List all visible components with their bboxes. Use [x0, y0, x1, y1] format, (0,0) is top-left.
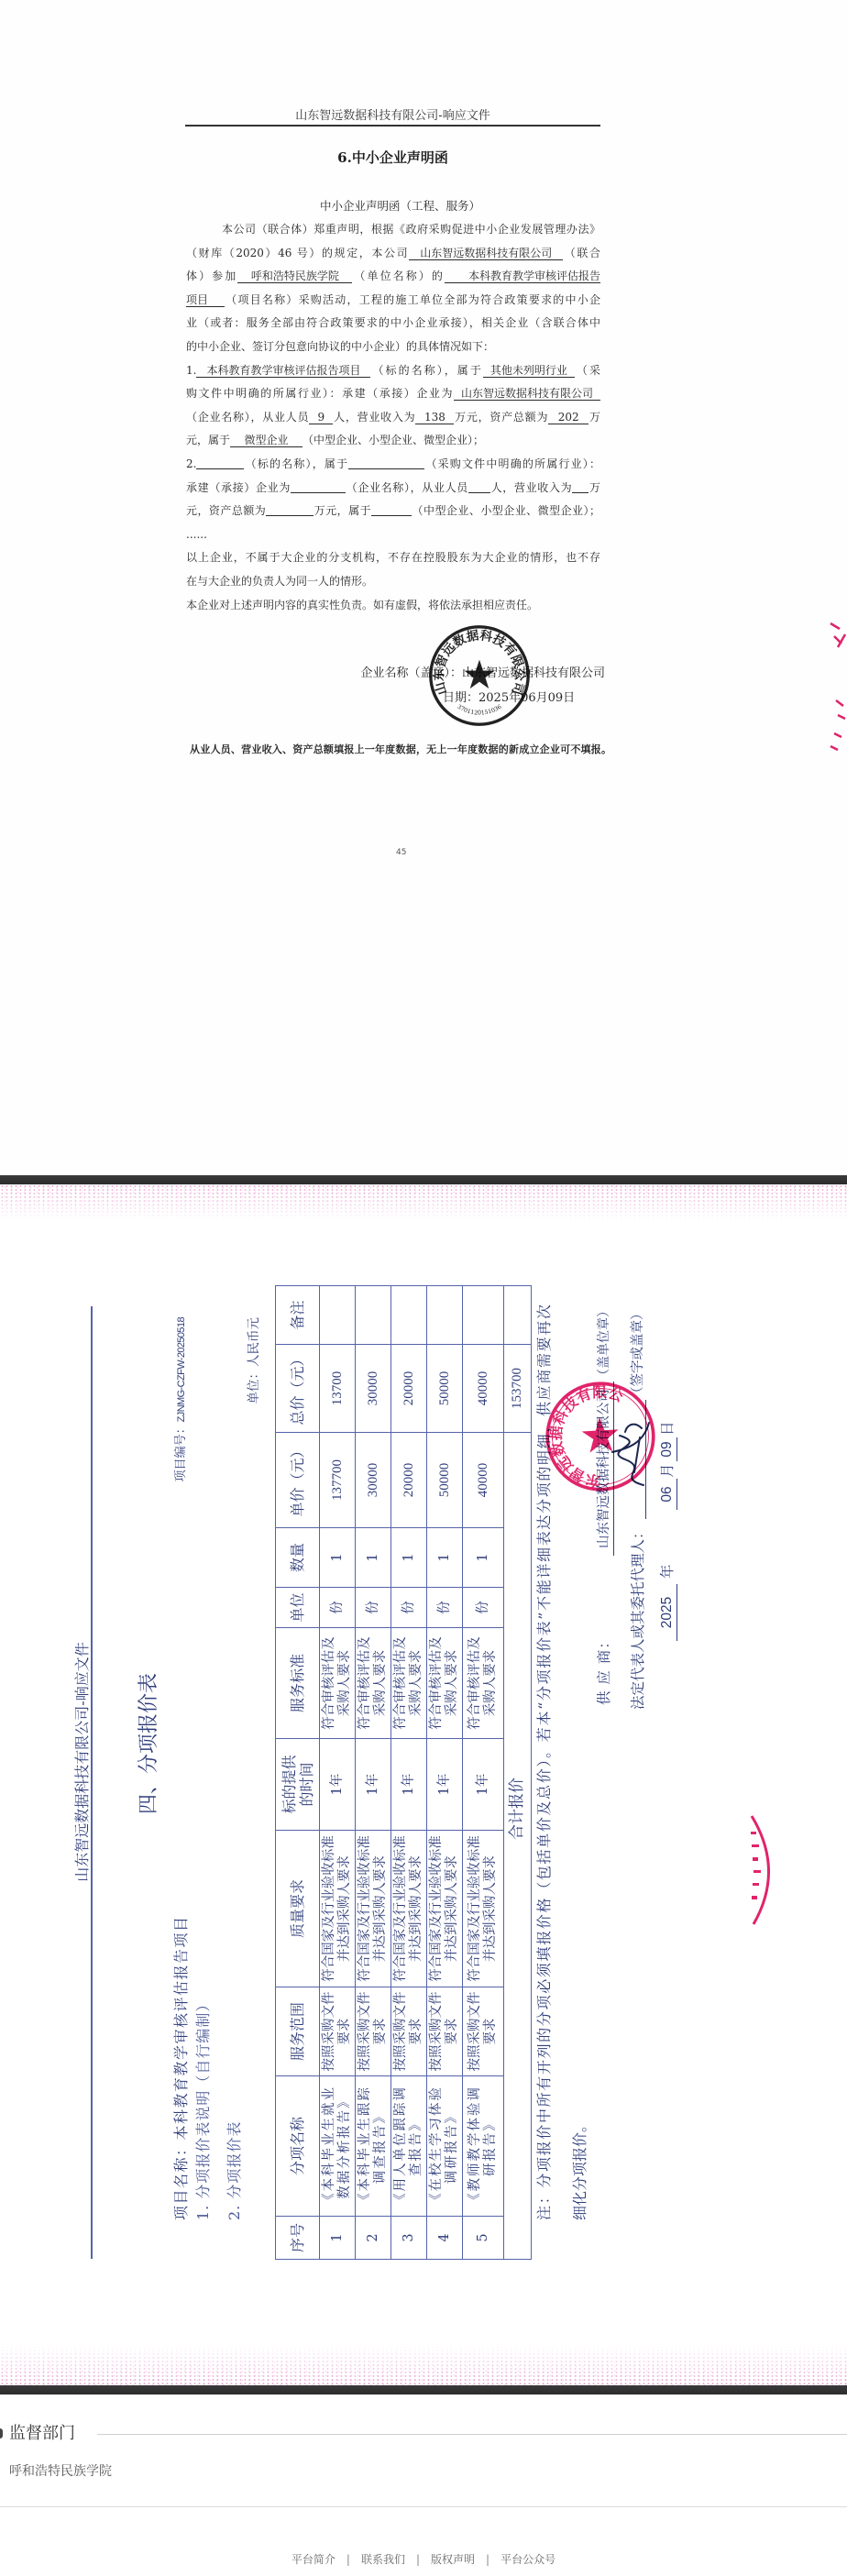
text-segment: （采购文件中明确的所属行业）： [424, 457, 600, 470]
text-segment: 元，属于 [186, 434, 230, 446]
header-rule [91, 1306, 93, 2259]
blank-field [468, 481, 490, 493]
footer-link-contact[interactable]: 联系我们 [361, 2553, 405, 2566]
declaration-line: ...... [186, 527, 600, 542]
table-row: 4《在校生学习体验调研报告》按照采购文件要求符合国家及行业验收标准并达到采购人要… [427, 1286, 463, 2260]
text-segment: （标的名称），属于 [370, 364, 482, 377]
page-separator-bar [0, 1175, 847, 1184]
project-number-label: 项目编号： [174, 1422, 188, 1481]
text-segment: （联合 [563, 247, 600, 259]
declaration-line: （企业名称），从业人员9人，营业收入为138万元，资产总额为202万 [186, 410, 600, 424]
cell-item-name: 《本科毕业生就业数据分析报告》 [320, 2076, 356, 2217]
cell-item-name: 《本科毕业生跟踪调查报告》 [356, 2076, 391, 2217]
text-segment: 业（或者：服务全部由符合政策要求的中小企业承接），相关企业（含联合体中 [186, 316, 600, 329]
cell-unit-price: 30000 [356, 1433, 391, 1528]
declaration-line: 以上企业，不属于大企业的分支机构，不存在控股股东为大企业的情形，也不存 [186, 550, 600, 565]
supervision-heading: 监督部门 [9, 2423, 75, 2445]
cell-unit-price: 137700 [320, 1433, 356, 1528]
text-segment: （企业名称），从业人员 [186, 411, 309, 424]
cell-unit: 份 [320, 1588, 356, 1628]
cell-seq: 3 [391, 2217, 427, 2260]
supplier-seal-note: （盖单位章） [595, 1305, 613, 1382]
footer-divider [0, 2506, 847, 2507]
declaration-line: 购文件中明确的所属行业）：承建（承接）企业为山东智远数据科技有限公司 [186, 386, 600, 401]
cell-qty: 1 [427, 1528, 463, 1588]
text-segment: （企业名称），从业人员 [346, 481, 468, 494]
footer-link-about[interactable]: 平台简介 [291, 2553, 335, 2566]
cell-service-std: 符合审核评估及采购人要求 [463, 1628, 504, 1739]
ellipsis: ...... [186, 528, 207, 541]
declaration-line: 元，资产总额为万元，属于（中型企业、小型企业、微型企业）； [186, 503, 600, 518]
cell-service-scope: 按照采购文件要求 [356, 1987, 391, 2076]
text-segment: 万 [588, 481, 600, 494]
text-segment: （中型企业、小型企业、微型企业）； [412, 504, 600, 517]
cell-qty: 1 [391, 1528, 427, 1588]
table-total-row: 合计报价153700 [504, 1286, 532, 2260]
date-year-unit: 年 [658, 1564, 676, 1579]
text-segment: （单位名称）的 [352, 270, 445, 282]
declaration-line: 本企业对上述声明内容的真实性负责。如有虚假，将依法承担相应责任。 [186, 598, 600, 612]
cell-qty: 1 [463, 1528, 504, 1588]
text-segment: （财库（2020）46 号）的规定，本公司 [186, 247, 409, 259]
separator: | [346, 2553, 350, 2566]
cell-remark [391, 1286, 427, 1345]
section-title: 四、分项报价表 [137, 1652, 162, 1835]
cell-total-price: 13700 [320, 1345, 356, 1433]
cell-qty: 1 [356, 1528, 391, 1588]
cell-remark [463, 1286, 504, 1345]
declaration-line: 本公司（联合体）郑重声明，根据《政府采购促进中小企业发展管理办法》 [222, 222, 600, 237]
cell-service-scope: 按照采购文件要求 [463, 1987, 504, 2076]
partial-seam-seal-icon [825, 616, 847, 754]
text-segment: 本公司（联合体）郑重声明，根据《政府采购促进中小企业发展管理办法》 [222, 223, 600, 236]
cell-unit: 份 [463, 1588, 504, 1628]
cell-unit: 份 [356, 1588, 391, 1628]
cell-delivery-time: 1年 [463, 1739, 504, 1831]
table-body: 1《本科毕业生就业数据分析报告》按照采购文件要求符合国家及行业验收标准并达到采购… [320, 1286, 532, 2260]
section-title: 6.中小企业声明函 [185, 149, 600, 167]
cell-quality-req: 符合国家及行业验收标准并达到采购人要求 [427, 1831, 463, 1987]
header-rule [185, 125, 600, 127]
cell-remark [356, 1286, 391, 1345]
declaration-line: 体）参加呼和浩特民族学院（单位名称）的本科教育教学审核评估报告 [186, 269, 600, 283]
stamp-code-text: 3701120151036 [456, 704, 502, 717]
footnote: 从业人员、营业收入、资产总额填报上一年度数据，无上一年度数据的新成立企业可不填报… [190, 743, 611, 756]
date-day: 09 [658, 1437, 677, 1461]
declaration-line: 项目（项目名称）采购活动，工程的施工单位全部为符合政策要求的中小企 [186, 292, 600, 307]
text-segment: 以上企业，不属于大企业的分支机构，不存在控股股东为大企业的情形，也不存 [186, 551, 600, 564]
blank-field [572, 481, 588, 493]
currency-unit: 单位：人民币元 [246, 1317, 262, 1404]
cell-service-scope: 按照采购文件要求 [391, 1987, 427, 2076]
cell-seq: 1 [320, 2217, 356, 2260]
description-item: 2. 分项报价表 [225, 2121, 244, 2220]
date-day-unit: 日 [658, 1421, 676, 1436]
col-header-unit-price: 单价（元） [276, 1433, 320, 1528]
cell-total-price: 40000 [463, 1345, 504, 1433]
cell-service-std: 符合审核评估及采购人要求 [320, 1628, 356, 1739]
blank-field [196, 457, 244, 469]
star-icon [464, 660, 494, 689]
col-header-unit: 单位 [276, 1588, 320, 1628]
rotated-page-content: 山东智远数据科技有限公司-响应文件 四、分项报价表 项目名称：本科教育教学审核评… [0, 1184, 847, 2385]
quotation-page: 山东智远数据科技有限公司-响应文件 四、分项报价表 项目名称：本科教育教学审核评… [0, 1184, 847, 2385]
col-header-qty: 数量 [276, 1528, 320, 1588]
project-name: 项目名称：本科教育教学审核评估报告项目 [172, 1915, 191, 2220]
filled-field-company: 山东智远数据科技有限公司 [409, 247, 563, 260]
text-segment: 万元，资产总额为 [454, 411, 548, 424]
cell-delivery-time: 1年 [427, 1739, 463, 1831]
cell-total-price: 30000 [356, 1345, 391, 1433]
section-bullet-icon [0, 2428, 3, 2438]
heading-rule [97, 2434, 847, 2435]
table-head: 序号分项名称服务范围质量要求标的提供的时间服务标准单位数量单价（元）总价（元）备… [276, 1286, 320, 2260]
cell-unit-price: 40000 [463, 1433, 504, 1528]
cell-total-price: 50000 [427, 1345, 463, 1433]
project-number-value: ZJNMG-CZFW-20250518 [176, 1317, 187, 1422]
cell-remark [504, 1286, 532, 1345]
declaration-line: 承建（承接）企业为（企业名称），从业人员人，营业收入为万 [186, 480, 600, 495]
cell-quality-req: 符合国家及行业验收标准并达到采购人要求 [463, 1831, 504, 1987]
text-segment: 1. [186, 364, 196, 377]
filled-field-project-name-cont: 项目 [186, 293, 225, 307]
cell-quality-req: 符合国家及行业验收标准并达到采购人要求 [391, 1831, 427, 1987]
col-header-quality-req: 质量要求 [276, 1831, 320, 1987]
col-header-delivery-time: 标的提供的时间 [276, 1739, 320, 1831]
blank-field [291, 481, 346, 493]
filled-field-project-name: 本科教育教学审核评估报告 [445, 270, 600, 283]
company-seal-stamp: 山东智远数据科技有限公司 3701120151036 [426, 622, 533, 729]
table-row: 3《用人单位跟踪调查报告》按照采购文件要求符合国家及行业验收标准并达到采购人要求… [391, 1286, 427, 2260]
total-amount: 153700 [504, 1345, 532, 1433]
table-row: 2《本科毕业生跟踪调查报告》按照采购文件要求符合国家及行业验收标准并达到采购人要… [356, 1286, 391, 2260]
text-segment: （采 [575, 364, 600, 377]
cell-item-name: 《教师教学体验调研报告》 [463, 2076, 504, 2217]
svg-text:3701120151036: 3701120151036 [456, 704, 502, 717]
document-header: 山东智远数据科技有限公司-响应文件 [73, 1629, 92, 1895]
filled-field-contractor: 山东智远数据科技有限公司 [454, 387, 600, 401]
cell-item-name: 《用人单位跟踪调查报告》 [391, 2076, 427, 2217]
cell-delivery-time: 1年 [320, 1739, 356, 1831]
supervision-department: 呼和浩特民族学院 [9, 2463, 112, 2480]
table-row: 1《本科毕业生就业数据分析报告》按照采购文件要求符合国家及行业验收标准并达到采购… [320, 1286, 356, 2260]
separator: | [416, 2553, 420, 2566]
form-title: 中小企业声明函（工程、服务） [192, 199, 608, 214]
filled-field-revenue: 138 [415, 411, 454, 424]
text-segment: 的中小企业、签订分包意向协议的中小企业）的具体情况如下： [186, 340, 494, 353]
col-header-item-name: 分项名称 [276, 2076, 320, 2217]
filled-field-employees: 9 [309, 411, 333, 424]
date-month: 06 [658, 1479, 677, 1510]
cell-seq: 2 [356, 2217, 391, 2260]
blank-field [266, 504, 313, 516]
project-number: 项目编号：ZJNMG-CZFW-20250518 [173, 1317, 190, 1481]
declaration-page: 山东智远数据科技有限公司-响应文件 6.中小企业声明函 中小企业声明函（工程、服… [0, 0, 847, 1175]
page-separator-bar [0, 2385, 847, 2394]
declaration-line: 在与大企业的负责人为同一人的情形。 [186, 574, 600, 589]
filled-field-total-assets: 202 [548, 411, 588, 424]
representative-label: 法定代表人或其委托代理人： [629, 1525, 647, 1710]
cell-unit-price: 50000 [427, 1433, 463, 1528]
filled-field-industry: 其他未列明行业 [483, 364, 575, 378]
cell-unit-price: 20000 [391, 1433, 427, 1528]
page-number: 45 [396, 847, 406, 858]
text-segment: 元，资产总额为 [186, 504, 266, 517]
footer-link-copyright[interactable]: 版权声明 [431, 2553, 475, 2566]
declaration-line: 业（或者：服务全部由符合政策要求的中小企业承接），相关企业（含联合体中 [186, 315, 600, 330]
declaration-line: 的中小企业、签订分包意向协议的中小企业）的具体情况如下： [186, 339, 600, 354]
description-item: 1. 分项报价表说明（自行编制） [194, 1997, 213, 2220]
col-header-service-scope: 服务范围 [276, 1987, 320, 2076]
text-segment: 在与大企业的负责人为同一人的情形。 [186, 575, 373, 588]
table-header-row: 序号分项名称服务范围质量要求标的提供的时间服务标准单位数量单价（元）总价（元）备… [276, 1286, 320, 2260]
text-segment: 购文件中明确的所属行业）：承建（承接）企业为 [186, 387, 454, 400]
text-segment: （标的名称），属于 [244, 457, 348, 470]
col-header-service-std: 服务标准 [276, 1628, 320, 1739]
blank-field [348, 457, 424, 469]
cell-item-name: 《在校生学习体验调研报告》 [427, 2076, 463, 2217]
cell-service-scope: 按照采购文件要求 [320, 1987, 356, 2076]
date-month-unit: 月 [658, 1463, 676, 1478]
blank-field [371, 504, 412, 516]
text-segment: 万元，属于 [313, 504, 371, 517]
cell-unit: 份 [427, 1588, 463, 1628]
col-header-seq: 序号 [276, 2217, 320, 2260]
cell-seq: 5 [463, 2217, 504, 2260]
cell-remark [427, 1286, 463, 1345]
total-label: 合计报价 [504, 1433, 532, 2260]
declaration-line: （财库（2020）46 号）的规定，本公司山东智远数据科技有限公司（联合 [186, 246, 600, 260]
declaration-line: 1.本科教育教学审核评估报告项目（标的名称），属于其他未列明行业（采 [186, 363, 600, 378]
filled-field-enterprise-size: 微型企业 [230, 434, 302, 447]
cell-service-scope: 按照采购文件要求 [427, 1987, 463, 2076]
cell-unit: 份 [391, 1588, 427, 1628]
text-segment: （中型企业、小型企业、微型企业）； [302, 434, 484, 446]
cell-service-std: 符合审核评估及采购人要求 [427, 1628, 463, 1739]
seam-seal-stamp [748, 1813, 781, 1927]
quote-table: 序号分项名称服务范围质量要求标的提供的时间服务标准单位数量单价（元）总价（元）备… [275, 1285, 532, 2260]
filled-field-purchaser: 呼和浩特民族学院 [237, 270, 352, 283]
cell-delivery-time: 1年 [391, 1739, 427, 1831]
text-segment: 人，营业收入为 [333, 411, 415, 424]
col-header-total-price: 总价（元） [276, 1345, 320, 1433]
text-segment: 本企业对上述声明内容的真实性负责。如有虚假，将依法承担相应责任。 [186, 599, 538, 611]
handwritten-signature [607, 1414, 658, 1489]
text-segment: 人，营业收入为 [490, 481, 572, 494]
table-row: 5《教师教学体验调研报告》按照采购文件要求符合国家及行业验收标准并达到采购人要求… [463, 1286, 504, 2260]
document-header: 山东智远数据科技有限公司-响应文件 [185, 108, 600, 125]
cell-qty: 1 [320, 1528, 356, 1588]
cell-remark [320, 1286, 356, 1345]
cell-quality-req: 符合国家及行业验收标准并达到采购人要求 [356, 1831, 391, 1987]
text-segment: （项目名称）采购活动，工程的施工单位全部为符合政策要求的中小企 [225, 293, 600, 306]
cell-quality-req: 符合国家及行业验收标准并达到采购人要求 [320, 1831, 356, 1987]
declaration-line: 2.（标的名称），属于（采购文件中明确的所属行业）： [186, 457, 600, 471]
cell-delivery-time: 1年 [356, 1739, 391, 1831]
text-segment: 万 [588, 411, 600, 424]
cell-total-price: 20000 [391, 1345, 427, 1433]
col-header-remark: 备注 [276, 1286, 320, 1345]
footer-link-wechat[interactable]: 平台公众号 [500, 2553, 555, 2566]
note-line: 细化分项报价。 [571, 2118, 589, 2220]
declaration-line: 元，属于微型企业（中型企业、小型企业、微型企业）； [186, 433, 600, 447]
date-year: 2025 [658, 1584, 677, 1641]
text-segment: 2. [186, 457, 196, 470]
cell-service-std: 符合审核评估及采购人要求 [356, 1628, 391, 1739]
cell-service-std: 符合审核评估及采购人要求 [391, 1628, 427, 1739]
filled-field-lot-name: 本科教育教学审核评估报告项目 [196, 364, 370, 378]
footer-links: 平台简介|联系我们|版权声明|平台公众号 [0, 2551, 847, 2568]
cell-seq: 4 [427, 2217, 463, 2260]
supplier-label: 供 应 商： [595, 1634, 613, 1705]
text-segment: 承建（承接）企业为 [186, 481, 291, 494]
text-segment: 体）参加 [186, 270, 237, 282]
separator: | [486, 2553, 489, 2566]
